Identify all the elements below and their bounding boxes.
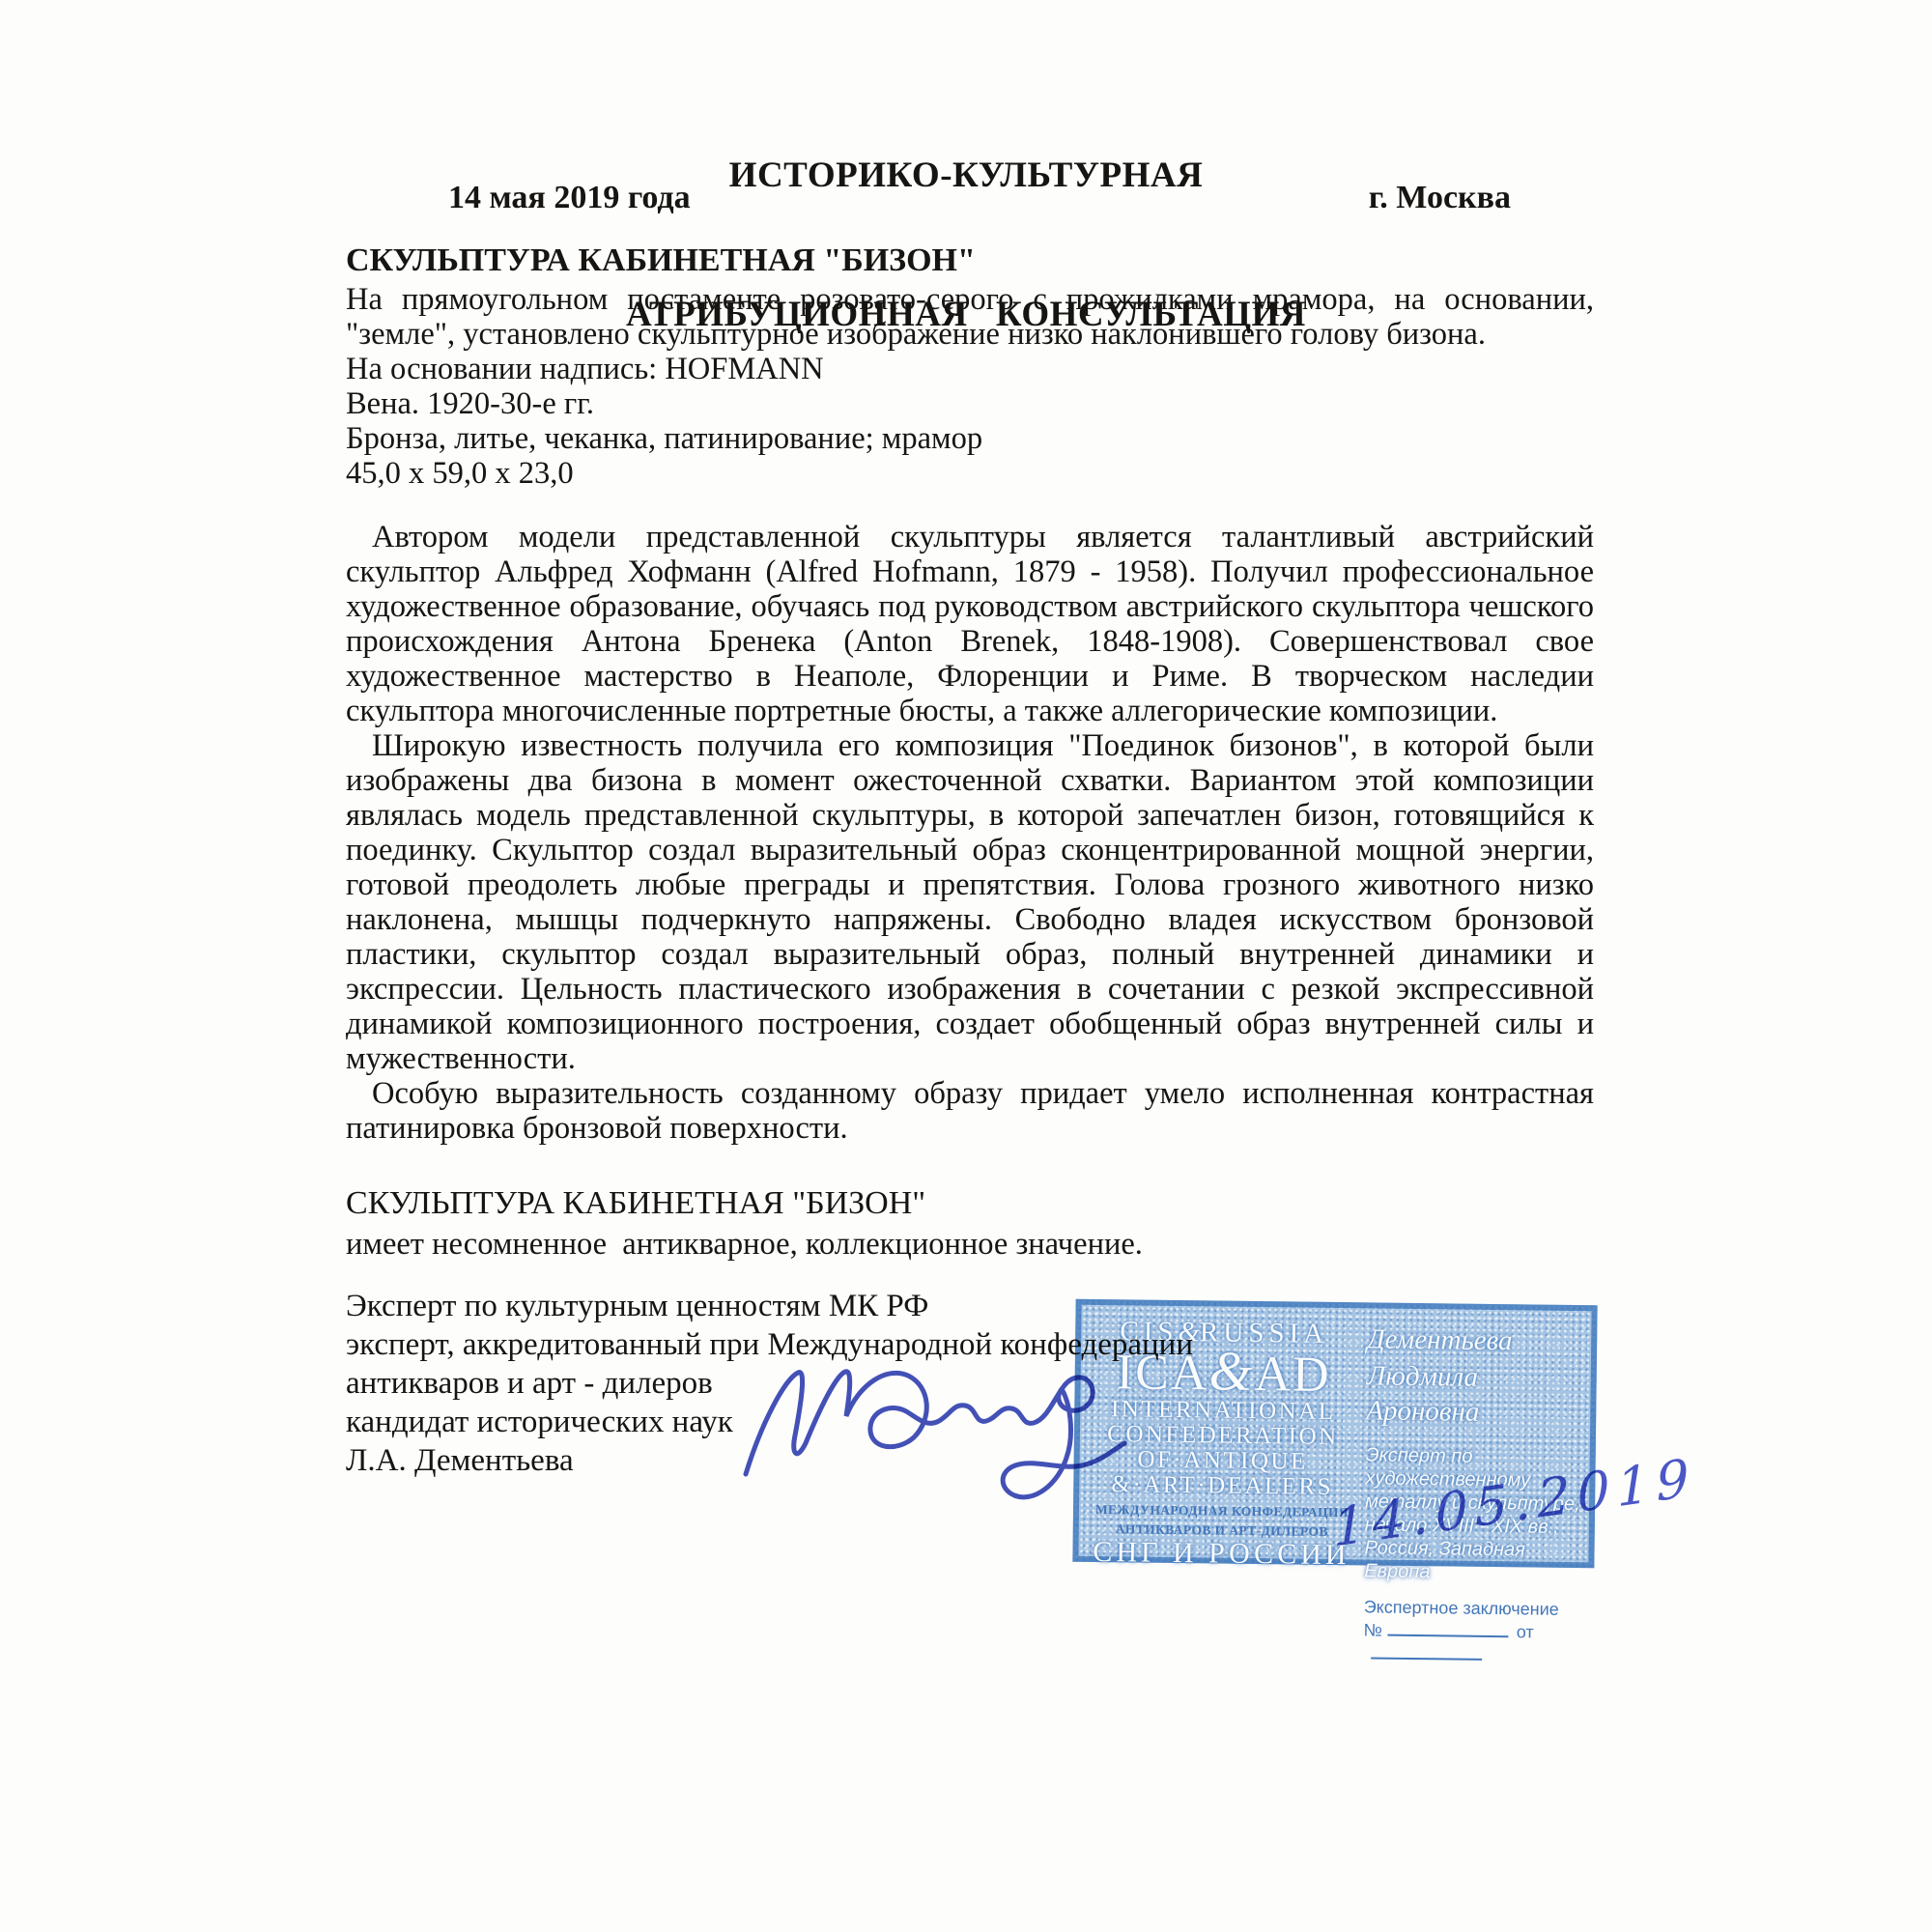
document-city: г. Москва bbox=[1369, 180, 1511, 216]
stamp-ornament-glyph: & bbox=[1178, 1317, 1200, 1348]
document-page: ИСТОРИКО-КУЛЬТУРНАЯ АТРИБУЦИОННАЯ КОНСУЛ… bbox=[0, 0, 1932, 1932]
stamp-left-column: CIS&RUSSIA ICA&AD INTERNATIONAL CONFEDER… bbox=[1091, 1317, 1356, 1551]
body-paragraphs: Автором модели представленной скульптуры… bbox=[346, 520, 1594, 1146]
date-row: 14 мая 2019 года г. Москва bbox=[346, 180, 1594, 216]
object-heading: СКУЛЬПТУРА КАБИНЕТНАЯ "БИЗОН" bbox=[346, 241, 1594, 280]
object-detail-materials: Бронза, литье, чеканка, патинирование; м… bbox=[346, 421, 1594, 456]
main-text-column: СКУЛЬПТУРА КАБИНЕТНАЯ "БИЗОН" На прямоуг… bbox=[346, 241, 1594, 1262]
stamp-expert-surname: Дементьева bbox=[1367, 1321, 1583, 1359]
stamp-logo-ica: ICA bbox=[1117, 1345, 1209, 1401]
stamp-caps-line: &·ART·DEALERS bbox=[1091, 1472, 1353, 1500]
stamp-expert-name-patronymic: Людмила Ароновна bbox=[1366, 1358, 1583, 1431]
spacer bbox=[346, 491, 1594, 520]
stamp-caps-line: CONFEDERATION bbox=[1092, 1422, 1354, 1450]
conclusion-heading: СКУЛЬПТУРА КАБИНЕТНАЯ "БИЗОН" bbox=[346, 1184, 1594, 1223]
stamp-sng-rossii-line: СНГ И РОССИИ bbox=[1090, 1536, 1352, 1572]
document-date: 14 мая 2019 года bbox=[448, 180, 691, 216]
stamp-icaad-logo: ICA&AD bbox=[1092, 1346, 1355, 1400]
stamp-number-blank bbox=[1388, 1621, 1509, 1638]
stamp-date-blank bbox=[1371, 1643, 1482, 1660]
signature-stroke bbox=[746, 1372, 1124, 1497]
object-detail-inscription: На основании надпись: HOFMANN bbox=[346, 352, 1594, 386]
object-description: На прямоугольном постаменте розовато-сер… bbox=[346, 282, 1594, 352]
spacer bbox=[346, 1146, 1594, 1169]
object-detail-origin: Вена. 1920-30-е гг. bbox=[346, 386, 1594, 421]
stamp-number-label: № bbox=[1363, 1620, 1382, 1639]
body-paragraph: Особую выразительность созданному образу… bbox=[346, 1076, 1594, 1146]
body-paragraph: Автором модели представленной скульптуры… bbox=[346, 520, 1594, 728]
stamp-conclusion-label: Экспертное заключение bbox=[1364, 1595, 1580, 1621]
body-paragraph: Широкую известность получила его компози… bbox=[346, 728, 1594, 1076]
stamp-logo-ampersand: & bbox=[1208, 1339, 1255, 1403]
object-detail-dimensions: 45,0 х 59,0 х 23,0 bbox=[346, 456, 1594, 491]
stamp-small-line: МЕЖДУНАРОДНАЯ КОНФЕДЕРАЦИЯ bbox=[1091, 1502, 1353, 1520]
stamp-from-label: от bbox=[1517, 1622, 1534, 1641]
conclusion-text: имеет несомненное антикварное, коллекцио… bbox=[346, 1227, 1594, 1262]
stamp-logo-ad: AD bbox=[1254, 1347, 1331, 1403]
stamp-number-line: №от bbox=[1363, 1618, 1580, 1667]
stamp-conclusion-block: Экспертное заключение №от bbox=[1363, 1595, 1580, 1667]
stamp-cis-text: CIS bbox=[1120, 1316, 1179, 1348]
